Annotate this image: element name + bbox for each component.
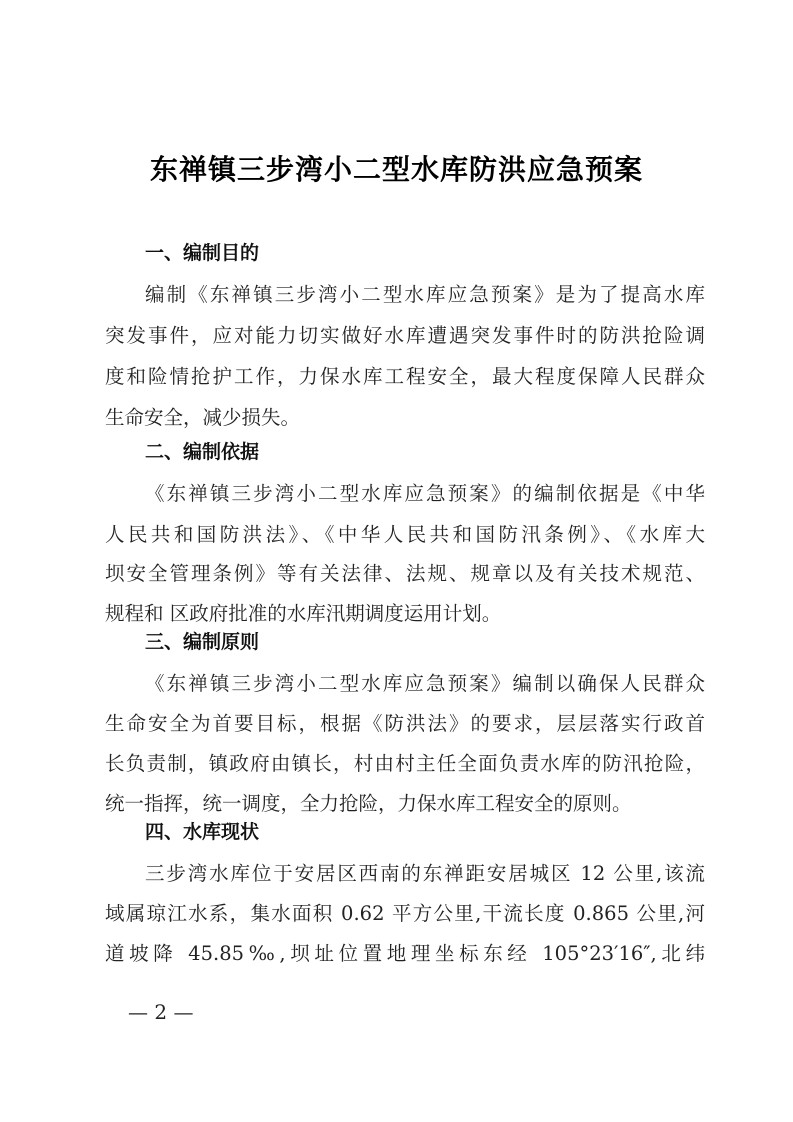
- paragraph-line: 道坡降 45.85‰,坝址位置地理坐标东经 105°23′16″,北纬: [105, 938, 705, 966]
- paragraph-line: 统一指挥，统一调度，全力抢险，力保水库工程安全的原则。: [105, 788, 705, 816]
- paragraph-line: 突发事件，应对能力切实做好水库遭遇突发事件时的防洪抢险调: [105, 320, 705, 348]
- section-heading-principles: 三、编制原则: [145, 627, 259, 654]
- paragraph-line: 生命安全为首要目标，根据《防洪法》的要求，层层落实行政首: [105, 708, 705, 736]
- paragraph-line: 三步湾水库位于安居区西南的东禅距安居城区 12 公里,该流: [145, 858, 705, 886]
- paragraph-line: 域属琼江水系，集水面积 0.62 平方公里,干流长度 0.865 公里,河: [105, 898, 705, 926]
- section-heading-basis: 二、编制依据: [145, 437, 259, 464]
- paragraph-line: 长负责制，镇政府由镇长，村由村主任全面负责水库的防汛抢险，: [105, 748, 705, 776]
- paragraph-line: 《东禅镇三步湾小二型水库应急预案》的编制依据是《中华: [145, 478, 705, 506]
- paragraph-line: 生命安全，减少损失。: [105, 402, 705, 430]
- paragraph-line: 规程和 区政府批准的水库汛期调度运用计划。: [105, 598, 705, 626]
- section-heading-status: 四、水库现状: [145, 817, 259, 844]
- paragraph-line: 度和险情抢护工作，力保水库工程安全，最大程度保障人民群众: [105, 361, 705, 389]
- paragraph-line: 坝安全管理条例》等有关法律、法规、规章以及有关技术规范、: [105, 558, 705, 586]
- page-number: — 2 —: [128, 1000, 193, 1024]
- paragraph-line: 编制《东禅镇三步湾小二型水库应急预案》是为了提高水库: [145, 279, 705, 307]
- section-heading-purpose: 一、编制目的: [145, 238, 259, 265]
- document-title: 东禅镇三步湾小二型水库防洪应急预案: [0, 148, 793, 188]
- paragraph-line: 人民共和国防洪法》、《中华人民共和国防汛条例》、《水库大: [105, 519, 705, 547]
- paragraph-line: 《东禅镇三步湾小二型水库应急预案》编制以确保人民群众: [145, 668, 705, 696]
- document-page: 东禅镇三步湾小二型水库防洪应急预案 一、编制目的 编制《东禅镇三步湾小二型水库应…: [0, 0, 793, 1122]
